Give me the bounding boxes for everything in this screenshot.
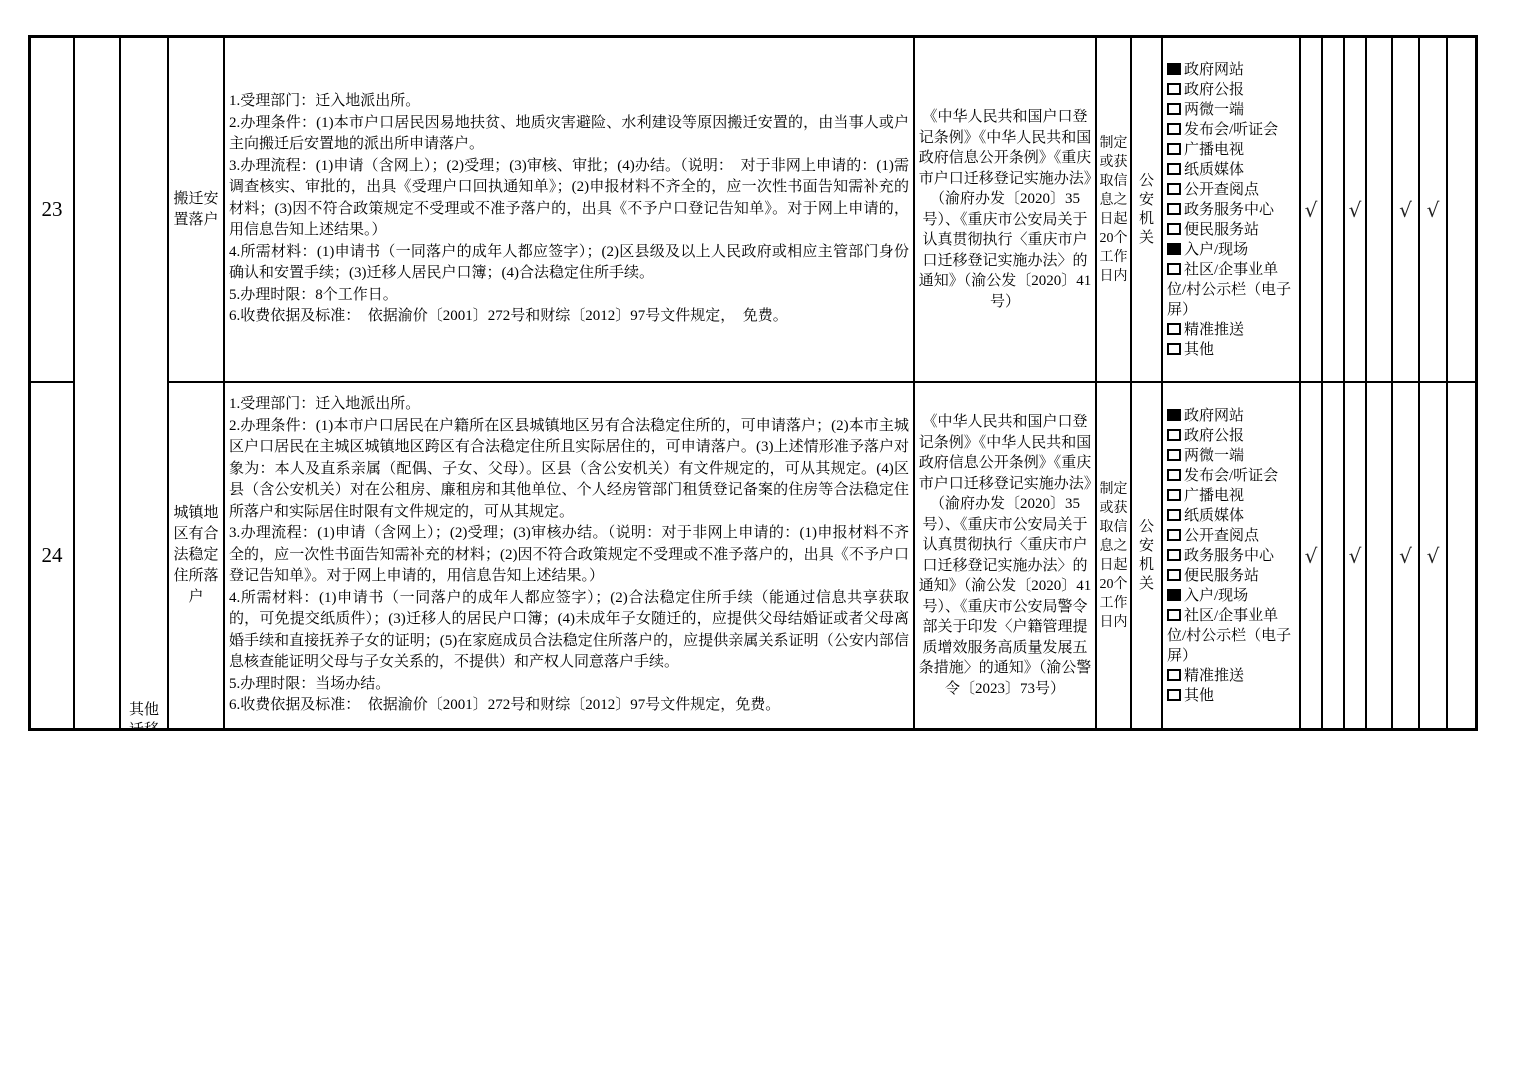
legal-basis-text: 《中华人民共和国户口登记条例》《中华人民共和国政府信息公开条例》《重庆市户口迁移…: [915, 107, 1095, 312]
channel-item: 公开查阅点: [1167, 526, 1293, 546]
mark-cell: [1448, 38, 1475, 383]
channel-label: 入户/现场: [1184, 588, 1248, 604]
content-line: 4.所需材料：(1)申请书（一同落户的成年人都应签字）；(2)区县级及以上人民政…: [229, 242, 909, 285]
channel-item: 政府网站: [1167, 406, 1293, 426]
content-line: 5.办理时限：8个工作日。: [229, 285, 909, 307]
channels-list: 政府网站 政府公报 两微一端 发布会/听证会 广播电视 纸质媒体 公开查阅点 政…: [1163, 60, 1299, 360]
mark-cell: √: [1393, 38, 1420, 383]
channel-item: 政务服务中心: [1167, 546, 1293, 566]
content-line: 2.办理条件：(1)本市户口居民在户籍所在区县城镇地区另有合法稳定住所的，可申请…: [229, 416, 909, 524]
content-line: 6.收费依据及标准： 依据渝价〔2001〕272号和财综〔2012〕97号文件规…: [229, 306, 909, 328]
checkbox-icon: [1167, 63, 1181, 75]
subject-cell-23: 公安机关: [1132, 38, 1163, 383]
mark-cell: √: [1345, 38, 1367, 383]
channel-label: 纸质媒体: [1184, 162, 1244, 178]
checkbox-icon: [1167, 163, 1181, 175]
checkbox-icon: [1167, 223, 1181, 235]
time-limit-text: 制定或获取信息之日起20个工作日内: [1098, 134, 1129, 286]
mark-cell: √: [1420, 38, 1448, 383]
group-label: 其他迁移: [121, 700, 167, 728]
seq-cell-24: 24: [31, 383, 75, 728]
checkbox-icon: [1167, 103, 1181, 115]
channel-label: 公开查阅点: [1184, 182, 1259, 198]
checkbox-icon: [1167, 83, 1181, 95]
checkbox-icon: [1167, 469, 1181, 481]
channel-item: 精准推送: [1167, 320, 1293, 340]
channel-item: 其他: [1167, 340, 1293, 360]
checkbox-icon: [1167, 203, 1181, 215]
seq-number: 24: [42, 543, 63, 568]
channel-item: 社区/企事业单位/村公示栏（电子屏）: [1167, 606, 1293, 666]
content-line: 5.办理时限：当场办结。: [229, 674, 909, 696]
channel-label: 社区/企事业单位/村公示栏（电子屏）: [1167, 608, 1291, 664]
channel-item: 发布会/听证会: [1167, 466, 1293, 486]
disclosure-table: 23 其他迁移 搬迁安置落户 1.受理部门：迁入地派出所。 2.办理条件：(1)…: [28, 35, 1478, 731]
seq-cell-23: 23: [31, 38, 75, 383]
channel-item: 便民服务站: [1167, 566, 1293, 586]
channel-item: 两微一端: [1167, 100, 1293, 120]
channel-item: 入户/现场: [1167, 586, 1293, 606]
channel-item: 政务服务中心: [1167, 200, 1293, 220]
channel-label: 发布会/听证会: [1184, 122, 1278, 138]
checkbox-icon: [1167, 529, 1181, 541]
channel-item: 广播电视: [1167, 140, 1293, 160]
mark-cell: [1367, 383, 1393, 728]
subject-cell-24: 公安机关: [1132, 383, 1163, 728]
channel-label: 精准推送: [1184, 668, 1244, 684]
channel-label: 政府网站: [1184, 408, 1244, 424]
checkbox-icon: [1167, 569, 1181, 581]
channel-label: 政府公报: [1184, 82, 1244, 98]
checkbox-icon: [1167, 323, 1181, 335]
channel-item: 政府公报: [1167, 426, 1293, 446]
item-name-cell-23: 搬迁安置落户: [169, 38, 225, 383]
mark-cell: √: [1393, 383, 1420, 728]
checkbox-icon: [1167, 689, 1181, 701]
channel-label: 其他: [1184, 688, 1214, 704]
item-name-cell-24: 城镇地区有合法稳定住所落户: [169, 383, 225, 728]
item-name: 搬迁安置落户: [173, 189, 219, 231]
mark-cell: √: [1345, 383, 1367, 728]
checkbox-icon: [1167, 669, 1181, 681]
channel-item: 入户/现场: [1167, 240, 1293, 260]
content-line: 6.收费依据及标准： 依据渝价〔2001〕272号和财综〔2012〕97号文件规…: [229, 695, 909, 717]
checkbox-icon: [1167, 143, 1181, 155]
channel-item: 纸质媒体: [1167, 506, 1293, 526]
checkbox-icon: [1167, 123, 1181, 135]
channel-label: 其他: [1184, 342, 1214, 358]
content-line: 1.受理部门：迁入地派出所。: [229, 91, 909, 113]
channel-item: 纸质媒体: [1167, 160, 1293, 180]
channel-item: 其他: [1167, 686, 1293, 706]
channel-item: 精准推送: [1167, 666, 1293, 686]
channel-label: 入户/现场: [1184, 242, 1248, 258]
mark-cell: √: [1301, 38, 1323, 383]
mark-cell: √: [1420, 383, 1448, 728]
channels-list: 政府网站 政府公报 两微一端 发布会/听证会 广播电视 纸质媒体 公开查阅点 政…: [1163, 406, 1299, 706]
checkbox-icon: [1167, 263, 1181, 275]
content-text: 1.受理部门：迁入地派出所。 2.办理条件：(1)本市户口居民在户籍所在区县城镇…: [225, 394, 913, 717]
time-limit-cell-23: 制定或获取信息之日起20个工作日内: [1097, 38, 1132, 383]
mark-cell: [1367, 38, 1393, 383]
checkbox-icon: [1167, 409, 1181, 421]
item-name: 城镇地区有合法稳定住所落户: [173, 503, 219, 608]
legal-basis-cell-24: 《中华人民共和国户口登记条例》《中华人民共和国政府信息公开条例》《重庆市户口迁移…: [915, 383, 1097, 728]
channel-label: 广播电视: [1184, 488, 1244, 504]
channel-label: 发布会/听证会: [1184, 468, 1278, 484]
subject-text: 公安机关: [1139, 172, 1155, 248]
time-limit-cell-24: 制定或获取信息之日起20个工作日内: [1097, 383, 1132, 728]
channel-label: 便民服务站: [1184, 568, 1259, 584]
channel-label: 纸质媒体: [1184, 508, 1244, 524]
channel-label: 公开查阅点: [1184, 528, 1259, 544]
channel-label: 政府网站: [1184, 62, 1244, 78]
time-limit-text: 制定或获取信息之日起20个工作日内: [1098, 480, 1129, 632]
channel-label: 便民服务站: [1184, 222, 1259, 238]
content-line: 3.办理流程：(1)申请（含网上）；(2)受理；(3)审核、审批；(4)办结。（…: [229, 156, 909, 242]
channels-cell-23: 政府网站 政府公报 两微一端 发布会/听证会 广播电视 纸质媒体 公开查阅点 政…: [1163, 38, 1301, 383]
seq-number: 23: [42, 197, 63, 222]
content-line: 3.办理流程：(1)申请（含网上）；(2)受理；(3)审核办结。（说明：对于非网…: [229, 523, 909, 588]
channel-item: 公开查阅点: [1167, 180, 1293, 200]
channel-label: 政府公报: [1184, 428, 1244, 444]
content-cell-23: 1.受理部门：迁入地派出所。 2.办理条件：(1)本市户口居民因易地扶贫、地质灾…: [225, 38, 915, 383]
channel-item: 发布会/听证会: [1167, 120, 1293, 140]
group-column-empty: [75, 38, 121, 728]
mark-cell: [1323, 383, 1345, 728]
channel-label: 社区/企事业单位/村公示栏（电子屏）: [1167, 262, 1291, 318]
checkbox-icon: [1167, 343, 1181, 355]
checkbox-icon: [1167, 589, 1181, 601]
channel-item: 两微一端: [1167, 446, 1293, 466]
checkbox-icon: [1167, 509, 1181, 521]
mark-cell: √: [1301, 383, 1323, 728]
checkbox-icon: [1167, 609, 1181, 621]
channel-label: 两微一端: [1184, 102, 1244, 118]
channel-label: 广播电视: [1184, 142, 1244, 158]
content-cell-24: 1.受理部门：迁入地派出所。 2.办理条件：(1)本市户口居民在户籍所在区县城镇…: [225, 383, 915, 728]
channel-label: 政务服务中心: [1184, 548, 1274, 564]
channel-item: 广播电视: [1167, 486, 1293, 506]
channels-cell-24: 政府网站 政府公报 两微一端 发布会/听证会 广播电视 纸质媒体 公开查阅点 政…: [1163, 383, 1301, 728]
channel-label: 两微一端: [1184, 448, 1244, 464]
checkbox-icon: [1167, 183, 1181, 195]
checkbox-icon: [1167, 449, 1181, 461]
legal-basis-text: 《中华人民共和国户口登记条例》《中华人民共和国政府信息公开条例》《重庆市户口迁移…: [915, 412, 1095, 699]
content-line: 4.所需材料：(1)申请书（一同落户的成年人都应签字）；(2)合法稳定住所手续（…: [229, 588, 909, 674]
checkbox-icon: [1167, 489, 1181, 501]
checkbox-icon: [1167, 429, 1181, 441]
channel-item: 政府公报: [1167, 80, 1293, 100]
checkbox-icon: [1167, 243, 1181, 255]
group-column-other-migration: 其他迁移: [121, 38, 169, 728]
channel-label: 政务服务中心: [1184, 202, 1274, 218]
mark-cell: [1323, 38, 1345, 383]
subject-text: 公安机关: [1139, 518, 1155, 594]
content-line: 2.办理条件：(1)本市户口居民因易地扶贫、地质灾害避险、水利建设等原因搬迁安置…: [229, 113, 909, 156]
channel-item: 社区/企事业单位/村公示栏（电子屏）: [1167, 260, 1293, 320]
checkbox-icon: [1167, 549, 1181, 561]
mark-cell: [1448, 383, 1475, 728]
legal-basis-cell-23: 《中华人民共和国户口登记条例》《中华人民共和国政府信息公开条例》《重庆市户口迁移…: [915, 38, 1097, 383]
content-line: 1.受理部门：迁入地派出所。: [229, 394, 909, 416]
channel-item: 便民服务站: [1167, 220, 1293, 240]
channel-item: 政府网站: [1167, 60, 1293, 80]
channel-label: 精准推送: [1184, 322, 1244, 338]
content-text: 1.受理部门：迁入地派出所。 2.办理条件：(1)本市户口居民因易地扶贫、地质灾…: [225, 91, 913, 328]
